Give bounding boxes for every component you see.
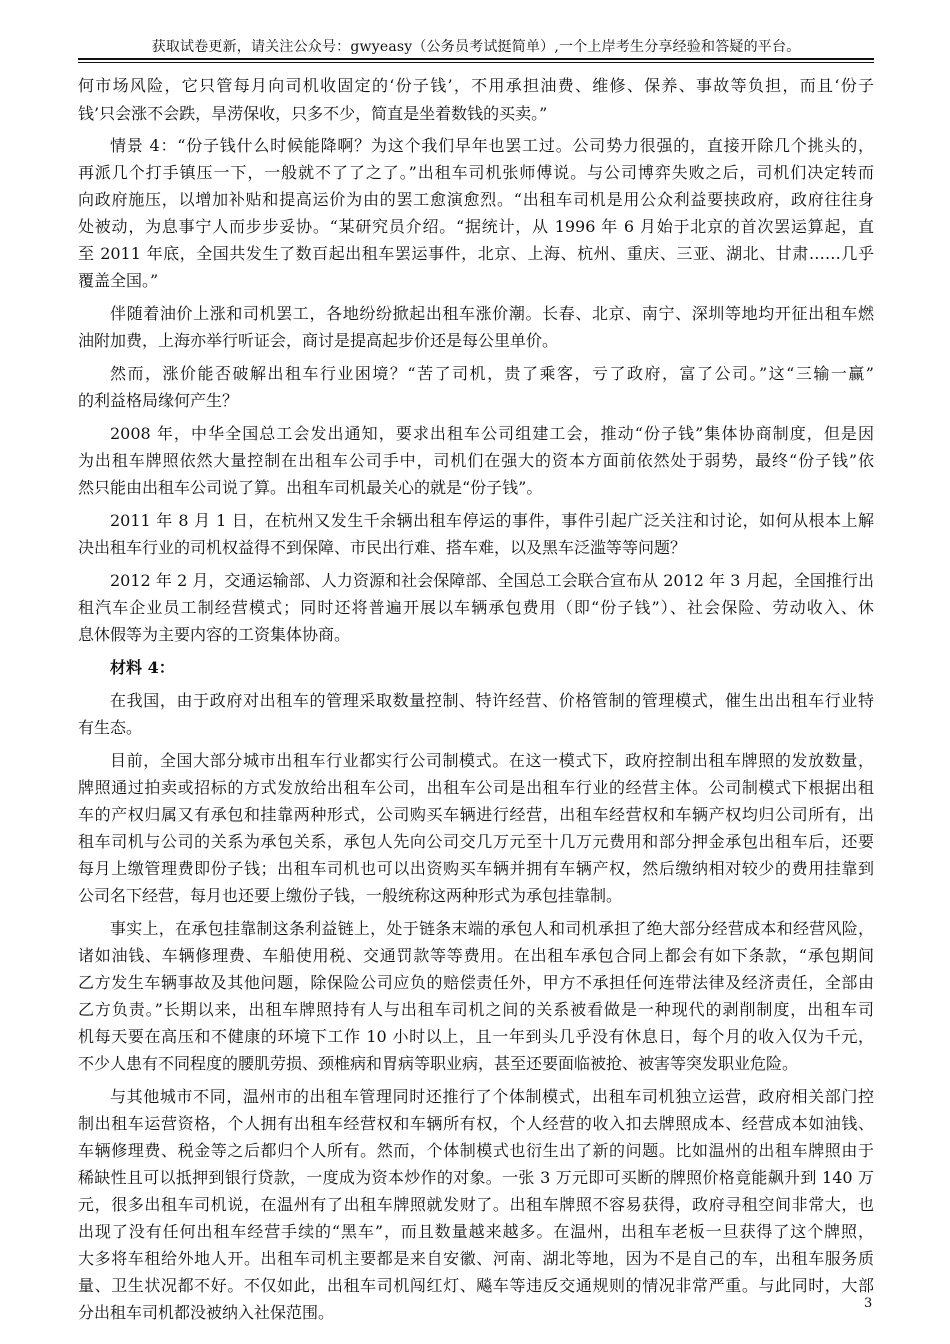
paragraph-line: 何市场风险，它只管每月向司机收固定的‘份子钱’，不用承担油费、维修、保养、事故等… (78, 76, 874, 96)
paragraph-line: 大多将车租给外地人开。出租车司机主要都是来自安徽、河南、湖北等地，因为不是自己的… (78, 1249, 874, 1269)
paragraph-line: 车辆修理费、税金等之后都归个人所有。然而，个体制模式也衍生出了新的问题。比如温州… (78, 1141, 874, 1161)
page-header-notice: 获取试卷更新，请关注公众号：gwyeasy（公务员考试挺简单）,一个上岸考生分享… (78, 36, 874, 56)
paragraph-line: 2011 年 8 月 1 日，在杭州又发生千余辆出租车停运的事件，事件引起广泛关… (110, 511, 874, 531)
paragraph-line: 乙方发生车辆事故及其他问题，除保险公司应负的赔偿责任外，甲方不承担任何连带法律及… (78, 973, 874, 993)
paragraph-line: 目前，全国大部分城市出租车行业都实行公司制模式。在这一模式下，政府控制出租车牌照… (110, 751, 874, 771)
paragraph-line: 然而，涨价能否破解出租车行业困境？“苦了司机，贵了乘客，亏了政府，富了公司。”这… (110, 364, 874, 384)
paragraph-line: 牌照通过拍卖或招标的方式发放给出租车公司，出租车公司是出租车行业的经营主体。公司… (78, 778, 874, 798)
header-rule-thick (78, 58, 874, 60)
paragraph-line: 乙方负责。”长期以来，出租车牌照持有人与出租车司机之间的关系被看做是一种现代的剥… (78, 1000, 874, 1020)
paragraph-line: 每月上缴管理费即份子钱；出租车司机也可以出资购买车辆并拥有车辆产权，然后缴纳相对… (78, 859, 874, 879)
paragraph-line: 与其他城市不同，温州市的出租车管理同时还推行了个体制模式，出租车司机独立运营，政… (110, 1087, 874, 1107)
paragraph-line: 2012 年 2 月，交通运输部、人力资源和社会保障部、全国总工会联合宣布从 2… (110, 571, 874, 591)
paragraph-line: 分出租车司机都没被纳入社保范围。 (78, 1303, 334, 1323)
paragraph-line: 向政府施压，以增加补贴和提高运价为由的罢工愈演愈烈。“出租车司机是用公众利益要挟… (78, 190, 874, 210)
paragraph-line: 在我国，由于政府对出租车的管理采取数量控制、特许经营、价格管制的管理模式，催生出… (110, 691, 874, 711)
header-rule-thin (78, 62, 874, 63)
paragraph-line: 然只能由出租车公司说了算。出租车司机最关心的就是“份子钱”。 (78, 478, 542, 498)
paragraph-line: 量、卫生状况都不好。不仅如此，出租车司机闯红灯、飚车等违反交通规则的情况非常严重… (78, 1276, 874, 1296)
paragraph-line: 为出租车牌照依然大量控制在出租车公司手中，司机们在强大的资本方面前依然处于弱势，… (78, 451, 874, 471)
paragraph-line: 钱’只会涨不会跌，旱涝保收，只多不少，简直是坐着数钱的买卖。” (78, 104, 547, 124)
paragraph-line: 不少人患有不同程度的腰肌劳损、颈椎病和胃病等职业病，甚至还要面临被抢、被害等突发… (78, 1054, 798, 1074)
paragraph-line: 再派几个打手镇压一下，一般就不了了之了。”出租车司机张师傅说。与公司博弈失败之后… (78, 163, 874, 183)
paragraph-line: 租车司机与公司的关系为承包关系，承包人先向公司交几万元至十几万元费用和部分押金承… (78, 832, 874, 852)
paragraph-line: 2008 年，中华全国总工会发出通知，要求出租车公司组建工会，推动“份子钱”集体… (110, 424, 874, 444)
paragraph-line: 租汽车企业员工制经营模式；同时还将普遍开展以车辆承包费用（即“份子钱”）、社会保… (78, 598, 874, 618)
paragraph-line: 有生态。 (78, 718, 142, 738)
section-heading-material-4: 材料 4： (110, 658, 175, 678)
page-number: 3 (864, 1296, 872, 1311)
paragraph-line: 决出租车行业的司机权益得不到保障、市民出行难、搭车难，以及黑车泛滥等等问题？ (78, 538, 686, 558)
paragraph-line: 覆盖全国。” (78, 271, 158, 291)
paragraph-line: 伴随着油价上涨和司机罢工，各地纷纷掀起出租车涨价潮。长春、北京、南宁、深圳等地均… (110, 304, 874, 324)
paragraph-line: 事实上，在承包挂靠制这条利益链上，处于链条末端的承包人和司机承担了绝大部分经营成… (110, 919, 874, 939)
paragraph-line: 诸如油钱、车辆修理费、车船使用税、交通罚款等等费用。在出租车承包合同上都会有如下… (78, 946, 874, 966)
paragraph-line: 车的产权归属又有承包和挂靠两种形式，公司购买车辆进行经营，出租车经营权和车辆产权… (78, 805, 874, 825)
paragraph-line: 公司名下经营，每月也还要上缴份子钱，一般统称这两种形式为承包挂靠制。 (78, 886, 622, 906)
paragraph-line: 情景 4：“份子钱什么时候能降啊？为这个我们早年也罢工过。公司势力很强的，直接开… (110, 136, 874, 156)
paragraph-line: 稀缺性且可以抵押到银行贷款，一度成为资本炒作的对象。一张 3 万元即可买断的牌照… (78, 1168, 874, 1188)
paragraph-line: 息休假等为主要内容的工资集体协商。 (78, 625, 350, 645)
paragraph-line: 元，很多出租车司机说，在温州有了出租车牌照就发财了。出租车牌照不容易获得，政府寻… (78, 1195, 874, 1215)
paragraph-line: 机每天要在高压和不健康的环境下工作 10 小时以上，且一年到头几乎没有休息日，每… (78, 1027, 874, 1047)
paragraph-line: 处被动，为息事宁人而步步妥协。“某研究员介绍。“据统计，从 1996 年 6 月… (78, 217, 874, 237)
paragraph-line: 至 2011 年底，全国共发生了数百起出租车罢运事件，北京、上海、杭州、重庆、三… (78, 244, 874, 264)
paragraph-line: 油附加费，上海亦举行听证会，商讨是提高起步价还是每公里单价。 (78, 331, 558, 351)
paragraph-line: 的利益格局缘何产生？ (78, 391, 238, 411)
paragraph-line: 制出租车运营资格，个人拥有出租车经营权和车辆所有权，个人经营的收入扣去牌照成本、… (78, 1114, 874, 1134)
paragraph-line: 出现了没有任何出租车经营手续的“黑车”，而且数量越来越多。在温州，出租车老板一旦… (78, 1222, 874, 1242)
